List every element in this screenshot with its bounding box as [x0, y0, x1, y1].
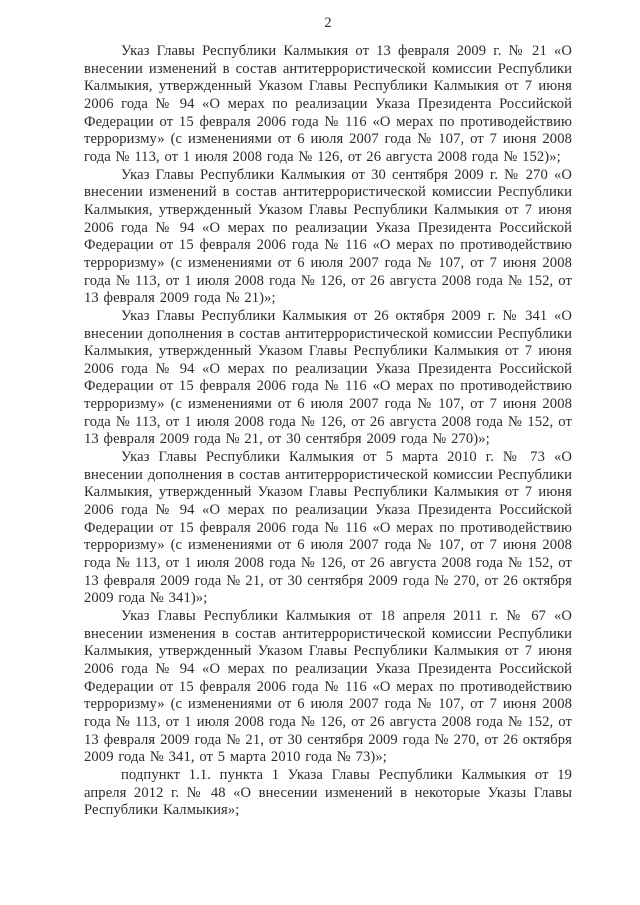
document-body: Указ Главы Республики Калмыкия от 13 фев… — [84, 43, 572, 820]
paragraph-decree-2009-10-26-no341: Указ Главы Республики Калмыкия от 26 окт… — [84, 308, 572, 449]
paragraph-decree-2009-02-13-no21: Указ Главы Республики Калмыкия от 13 фев… — [84, 43, 572, 167]
paragraph-decree-2011-04-18-no67: Указ Главы Республики Калмыкия от 18 апр… — [84, 608, 572, 767]
document-page: 2 Указ Главы Республики Калмыкия от 13 ф… — [0, 0, 640, 905]
paragraph-decree-2010-03-05-no73: Указ Главы Республики Калмыкия от 5 март… — [84, 449, 572, 608]
paragraph-decree-2009-09-30-no270: Указ Главы Республики Калмыкия от 30 сен… — [84, 167, 572, 308]
paragraph-subitem-decree-2012-04-19-no48: подпункт 1.1. пункта 1 Указа Главы Респу… — [84, 767, 572, 820]
page-number: 2 — [84, 14, 572, 32]
